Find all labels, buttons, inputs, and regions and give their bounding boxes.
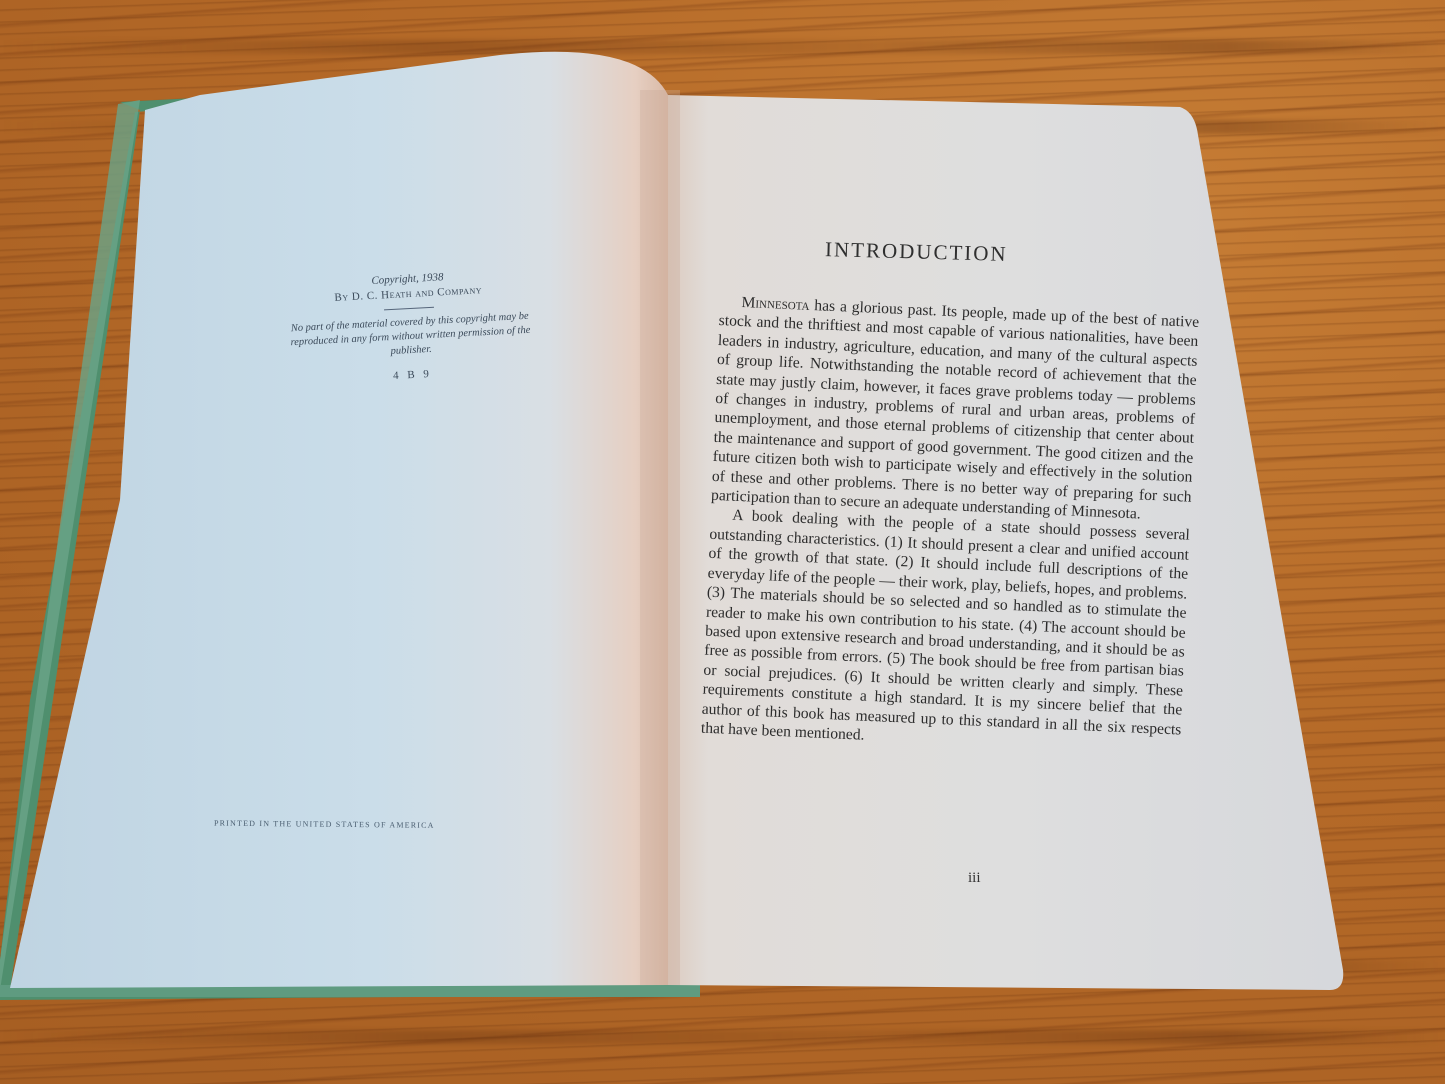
page-number: iii [968,870,981,887]
paragraph-text: has a glorious past. Its people, made up… [711,297,1200,523]
right-page-content: INTRODUCTION Minnesota has a glorious pa… [0,0,1445,1084]
introduction-body: Minnesota has a glorious past. Its peopl… [701,292,1200,759]
page-title: INTRODUCTION [825,237,1046,268]
paragraph-lead: Minnesota [741,294,810,314]
paragraph-text: A book dealing with the people of a stat… [701,507,1191,743]
paragraph: Minnesota has a glorious past. Its peopl… [711,292,1200,526]
paragraph: A book dealing with the people of a stat… [701,505,1191,759]
